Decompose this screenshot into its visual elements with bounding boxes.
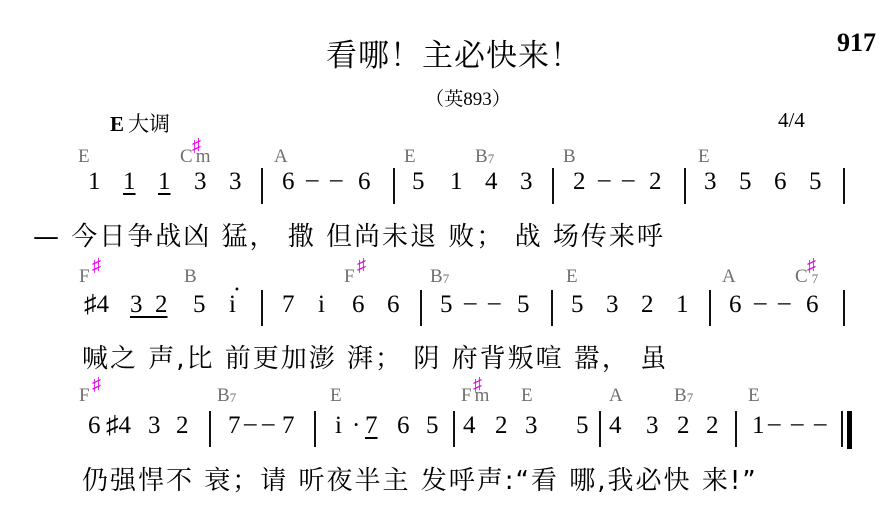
note: 2 <box>495 412 508 440</box>
bar-line <box>209 411 211 447</box>
hold-dash: – <box>814 410 827 438</box>
note: 6 <box>358 168 371 196</box>
note: 6 <box>352 291 365 319</box>
hold-dash: – <box>244 410 257 438</box>
note-eighth: 3 2 <box>130 291 168 319</box>
note: 1 <box>88 168 101 196</box>
note: 6 <box>774 168 787 196</box>
final-bar-thick <box>847 411 852 449</box>
chord-symbol: B <box>184 266 197 288</box>
note: 3 <box>704 168 717 196</box>
note: 5 <box>426 412 439 440</box>
chord-symbol: B <box>563 146 576 168</box>
note-eighth: 1 <box>158 168 171 196</box>
time-signature: 4/4 <box>778 108 805 133</box>
chord-symbol: B7 <box>674 385 693 407</box>
bar-line <box>393 168 395 204</box>
chord-symbol: B7 <box>430 266 449 288</box>
note: 2 <box>706 412 719 440</box>
note: 2 <box>677 412 690 440</box>
note: 4 <box>463 412 476 440</box>
bar-line <box>261 168 263 204</box>
note: 4 <box>485 168 498 196</box>
note: 3 <box>194 168 207 196</box>
note: 5 <box>517 291 530 319</box>
note: 3 <box>229 168 242 196</box>
chord-symbol: E <box>698 146 710 168</box>
note: 5 <box>576 412 589 440</box>
sharp-icon: ♯ <box>473 374 482 395</box>
octave-dot-icon: • <box>234 285 240 296</box>
note: 4 <box>609 412 622 440</box>
bar-line <box>551 290 553 326</box>
hold-dash: – <box>464 289 477 317</box>
note: 5 <box>739 168 752 196</box>
note-high: i <box>318 291 325 319</box>
note: 1 <box>450 168 463 196</box>
note: 1 <box>752 412 765 440</box>
note: 6 <box>282 168 295 196</box>
hold-dash: – <box>598 166 611 194</box>
hymn-title: 看哪！主必快来！ <box>0 30 896 75</box>
chord-symbol: C♯7 <box>795 266 818 288</box>
sharp-icon: ♯ <box>192 135 201 156</box>
chord-symbol: F♯ <box>344 266 355 288</box>
chord-symbol: E <box>748 385 760 407</box>
bar-line <box>843 290 845 326</box>
bar-line <box>314 411 316 447</box>
hold-dash: – <box>488 289 501 317</box>
note-eighth: 7 <box>365 412 378 440</box>
note: 1 <box>676 291 689 319</box>
note: 2 <box>641 291 654 319</box>
sharp-icon: ♯ <box>92 374 101 395</box>
note: 3 <box>646 412 659 440</box>
note: 3 <box>606 291 619 319</box>
note: 2 <box>649 168 662 196</box>
hold-dash: – <box>778 289 791 317</box>
chord-symbol: E <box>404 146 416 168</box>
lyrics-line: 仍强悍不 衰；请 听夜半主 发呼声:“看 哪,我必快 来!” <box>82 460 758 497</box>
chord-symbol: B7 <box>475 146 494 168</box>
final-bar-thin <box>841 411 843 447</box>
note: 7 <box>282 291 295 319</box>
bar-line <box>843 168 845 204</box>
bar-line <box>599 411 601 447</box>
note: 3 <box>525 412 538 440</box>
note-eighth: 1 <box>123 168 136 196</box>
hold-dash: – <box>262 410 275 438</box>
note: 6 <box>88 412 101 440</box>
key-signature: E大调 <box>110 108 170 138</box>
note: 2 <box>573 168 586 196</box>
note: 5 <box>412 168 425 196</box>
english-hymn-reference: （英893） <box>0 84 896 111</box>
sharp-icon: ♯ <box>357 255 366 276</box>
lyrics-line: — 今日争战凶 猛， 撒 但尚未退 败； 战 场传来呼 <box>33 216 665 253</box>
hold-dash: – <box>754 289 767 317</box>
chord-symbol: B7 <box>217 385 236 407</box>
bar-line <box>735 411 737 447</box>
note: 5 <box>809 168 822 196</box>
hold-dash: – <box>768 410 781 438</box>
note: 5 <box>571 291 584 319</box>
note: 6 <box>387 291 400 319</box>
key-label: 大调 <box>128 112 170 136</box>
chord-symbol: F♯m <box>461 385 489 407</box>
note: 2 <box>176 412 189 440</box>
chord-symbol: E <box>78 146 90 168</box>
key-letter: E <box>110 112 124 136</box>
bar-line <box>684 168 686 204</box>
chord-symbol: E <box>521 385 533 407</box>
hold-dash: – <box>306 166 319 194</box>
bar-line <box>453 411 455 447</box>
bar-line <box>709 290 711 326</box>
sharp-icon: ♯ <box>92 255 101 276</box>
dotted-rhythm: · <box>352 412 360 440</box>
note: 5 <box>440 291 453 319</box>
hold-dash: – <box>791 410 804 438</box>
chord-symbol: A <box>274 146 288 168</box>
chord-symbol: E <box>330 385 342 407</box>
note: 6 <box>806 291 819 319</box>
chord-symbol: F♯ <box>79 385 90 407</box>
chord-symbol: A <box>609 385 623 407</box>
lyrics-line: 喊之 声,比 前更加澎 湃； 阴 府背叛喧 嚣， 虽 <box>82 338 668 375</box>
note: 7 <box>228 412 241 440</box>
hold-dash: – <box>330 166 343 194</box>
note: 6 <box>729 291 742 319</box>
note: 5 <box>193 291 206 319</box>
note-high: i <box>335 412 342 440</box>
note-sharp: ♯4 <box>106 412 131 440</box>
bar-line <box>420 290 422 326</box>
chord-symbol: E <box>566 266 578 288</box>
note: 7 <box>282 412 295 440</box>
hold-dash: – <box>622 166 635 194</box>
bar-line <box>261 290 263 326</box>
note: 6 <box>397 412 410 440</box>
chord-symbol: F♯ <box>79 266 90 288</box>
chord-symbol: C♯m <box>180 146 210 168</box>
note: 3 <box>520 168 533 196</box>
chord-symbol: A <box>722 266 736 288</box>
note-sharp: ♯4 <box>84 291 109 319</box>
note: 3 <box>148 412 161 440</box>
bar-line <box>552 168 554 204</box>
hymn-number: 917 <box>837 28 876 58</box>
